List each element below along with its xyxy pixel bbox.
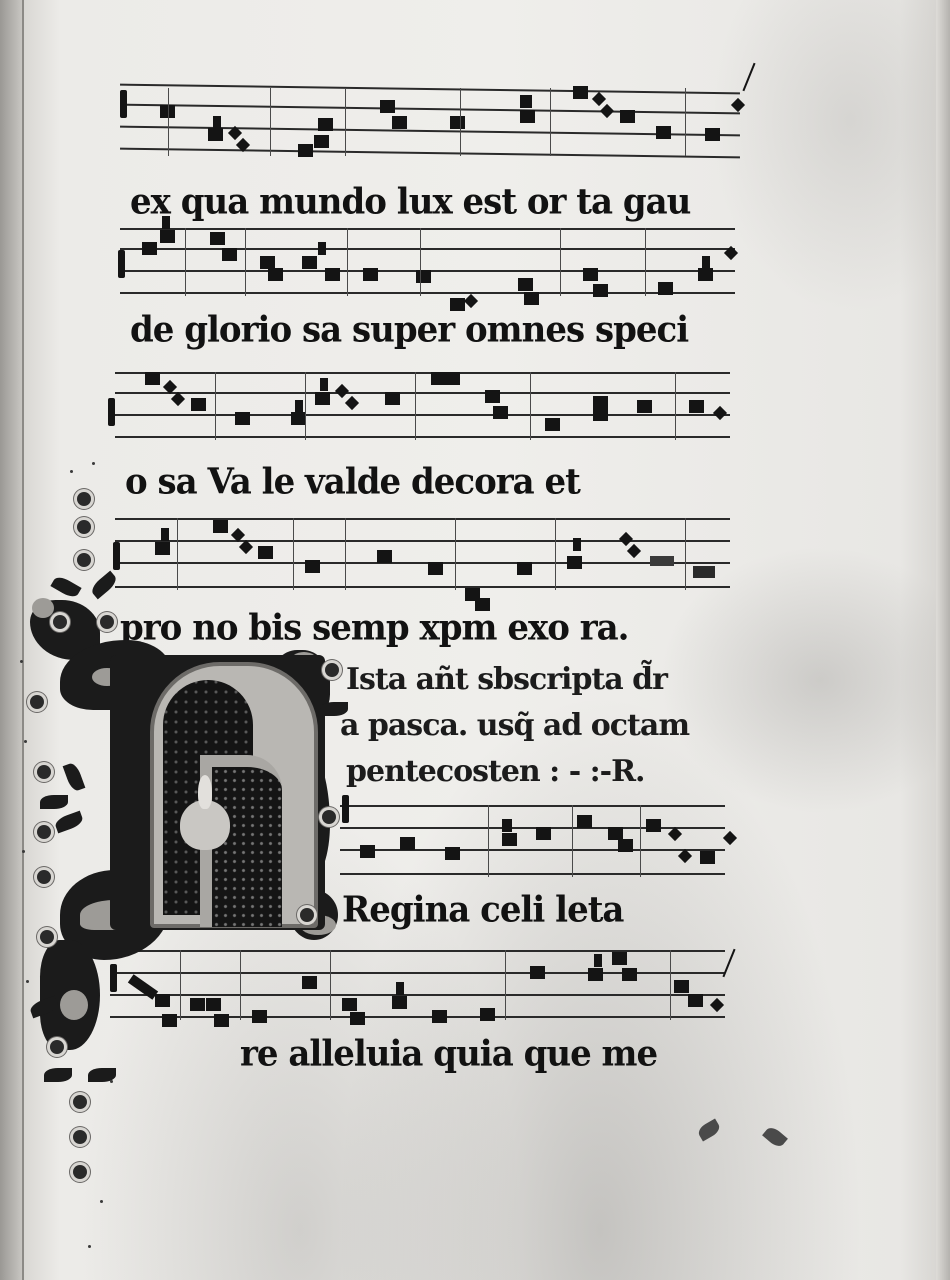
c-clef-icon (110, 964, 117, 992)
rubric-line-1: Ista añt sbscripta d̃r (346, 662, 667, 697)
page-edge (936, 0, 950, 1280)
manuscript-page: ex qua mundo lux est or ta gau (0, 0, 950, 1280)
lyric-line-4: pro no bis semp xpm exo ra. (120, 607, 629, 649)
staff-1 (120, 88, 740, 158)
leaf-ornament (762, 1125, 788, 1150)
staff-6 (110, 950, 725, 1020)
staff-4 (115, 518, 730, 590)
staff-5 (340, 805, 725, 877)
rubric-line-2: a pasca. usq̃ ad octam (340, 708, 689, 743)
lyric-line-6: re alleluia quia que me (240, 1033, 657, 1075)
leaf-ornament (696, 1118, 722, 1141)
c-clef-icon (342, 795, 349, 823)
custos-mark (742, 63, 755, 92)
staff-3 (115, 372, 730, 442)
lyric-line-1: ex qua mundo lux est or ta gau (130, 181, 690, 223)
binding-gutter (0, 0, 22, 1280)
custos-mark (722, 949, 735, 978)
c-clef-icon (118, 250, 125, 278)
c-clef-icon (108, 398, 115, 426)
c-clef-icon (113, 542, 120, 570)
c-clef-icon (120, 90, 127, 118)
gutter-edge (22, 0, 24, 1280)
lyric-line-2: de glorio sa super omnes speci (130, 309, 688, 351)
lyric-line-5: Regina celi leta (342, 889, 623, 931)
lyric-line-3: o sa Va le valde decora et (125, 461, 580, 503)
staff-2 (120, 228, 735, 298)
rubric-line-3: pentecosten : - :-R. (346, 754, 645, 789)
